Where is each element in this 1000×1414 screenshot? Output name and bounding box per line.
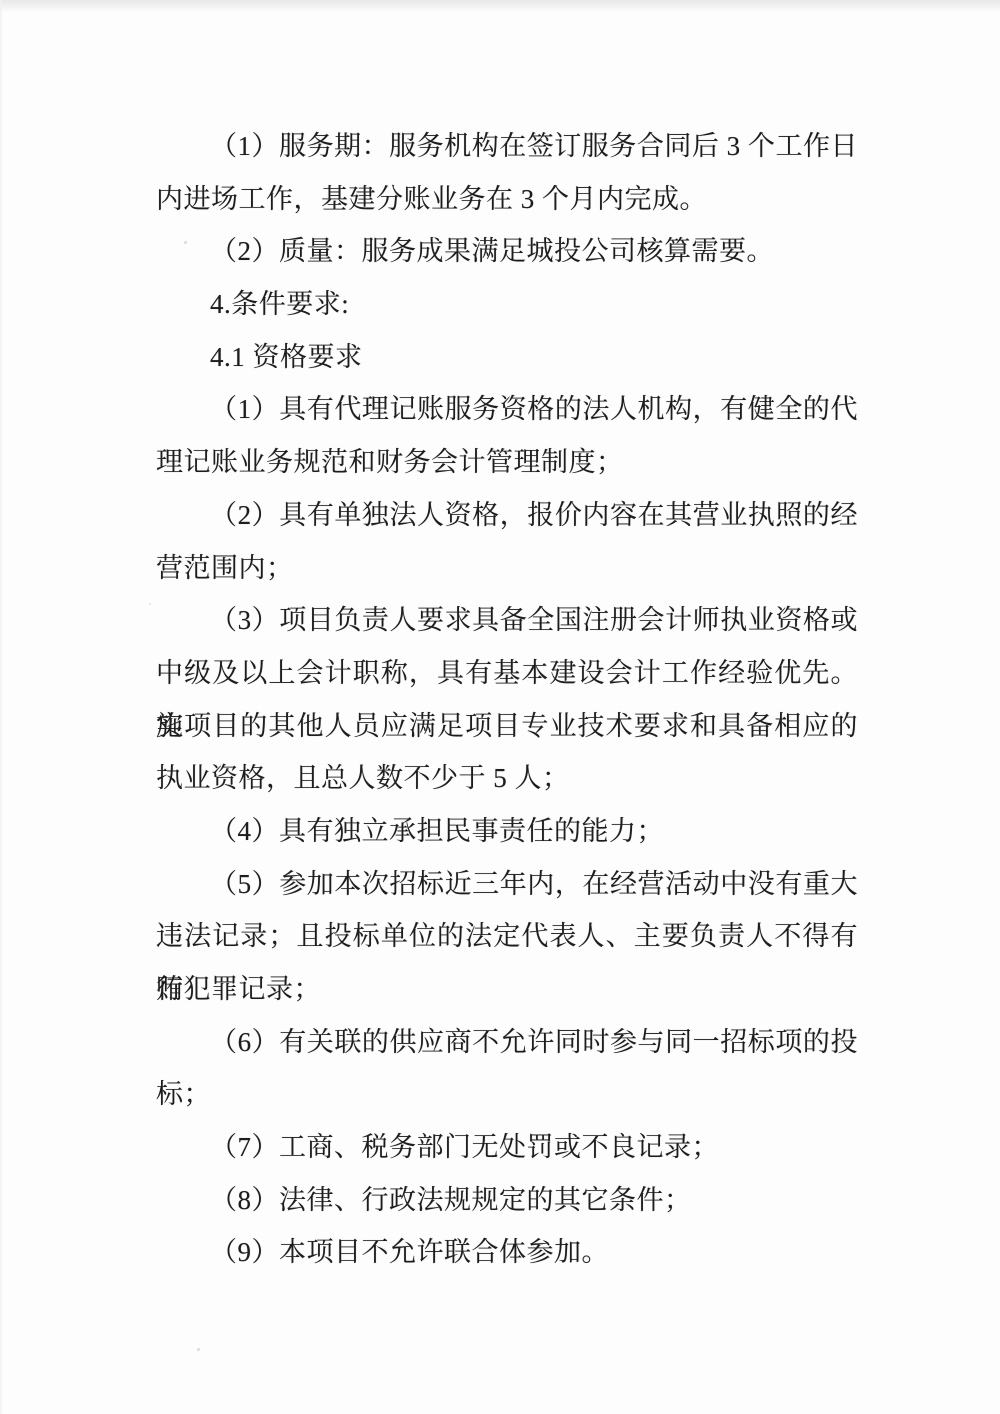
text-line: 违法记录；且投标单位的法定代表人、主要负责人不得有行 <box>156 910 858 963</box>
text-line: 内进场工作，基建分账业务在 3 个月内完成。 <box>156 173 858 226</box>
text-line: （7）工商、税务部门无处罚或不良记录； <box>156 1121 858 1174</box>
text-line: （9）本项目不允许联合体参加。 <box>156 1226 858 1279</box>
text-line: 贿犯罪记录； <box>156 963 858 1016</box>
text-line: 施项目的其他人员应满足项目专业技术要求和具备相应的 <box>156 700 858 753</box>
scanner-edge-shadow-left <box>0 0 3 1414</box>
text-line: 营范围内； <box>156 542 858 595</box>
text-line: 执业资格，且总人数不少于 5 人； <box>156 752 858 805</box>
text-line: （1）具有代理记账服务资格的法人机构，有健全的代 <box>156 383 858 436</box>
text-line: （4）具有独立承担民事责任的能力； <box>156 805 858 858</box>
section-heading: 4.条件要求: <box>156 278 858 331</box>
scan-speck <box>149 603 151 605</box>
text-line: （2）质量：服务成果满足城投公司核算需要。 <box>156 225 858 278</box>
text-line: （3）项目负责人要求具备全国注册会计师执业资格或 <box>156 594 858 647</box>
text-line: （8）法律、行政法规规定的其它条件； <box>156 1174 858 1227</box>
text-line: 标； <box>156 1068 858 1121</box>
text-line: （5）参加本次招标近三年内，在经营活动中没有重大 <box>156 858 858 911</box>
text-line: （1）服务期：服务机构在签订服务合同后 3 个工作日 <box>156 120 858 173</box>
scan-speck <box>197 1348 200 1351</box>
text-line: （6）有关联的供应商不允许同时参与同一招标项的投 <box>156 1016 858 1069</box>
text-line: （2）具有单独法人资格，报价内容在其营业执照的经 <box>156 489 858 542</box>
document-page: （1）服务期：服务机构在签订服务合同后 3 个工作日 内进场工作，基建分账业务在… <box>156 120 858 1279</box>
scanner-edge-shadow <box>0 0 1000 14</box>
subsection-heading: 4.1 资格要求 <box>156 331 858 384</box>
text-line: 中级及以上会计职称，具有基本建设会计工作经验优先。实 <box>156 647 858 700</box>
text-line: 理记账业务规范和财务会计管理制度； <box>156 436 858 489</box>
